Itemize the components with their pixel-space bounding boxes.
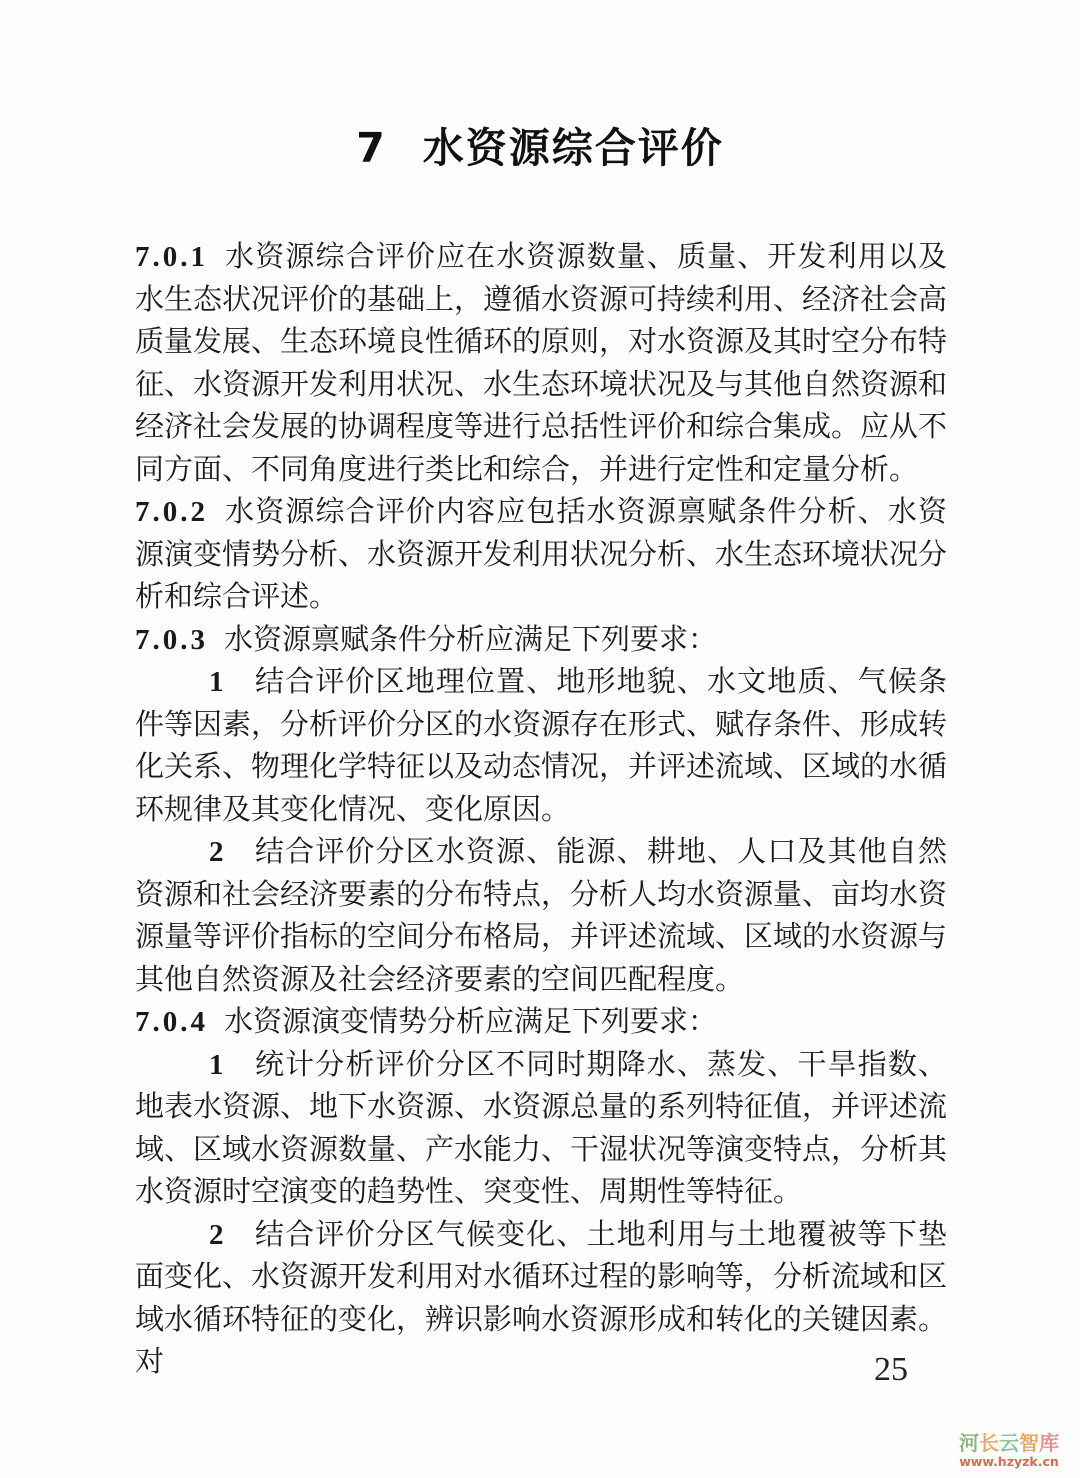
clause-paragraph: 7.0.3水资源禀赋条件分析应满足下列要求：	[135, 619, 947, 662]
list-item: 1结合评价区地理位置、地形地貌、水文地质、气候条件等因素，分析评价分区的水资源存…	[135, 661, 947, 831]
watermark-char: 云	[999, 1431, 1019, 1455]
watermark-char: 库	[1039, 1431, 1059, 1455]
clause-text: 结合评价区地理位置、地形地貌、水文地质、气候条件等因素，分析评价分区的水资源存在…	[135, 666, 947, 826]
document-body: 7.0.1水资源综合评价应在水资源数量、质量、开发利用以及水生态状况评价的基础上…	[135, 236, 947, 1384]
list-item: 2结合评价分区气候变化、土地利用与土地覆被等下垫面变化、水资源开发利用对水循环过…	[135, 1214, 947, 1384]
item-number: 2	[209, 836, 224, 868]
page-number: 25	[874, 1350, 908, 1390]
clause-paragraph: 7.0.2水资源综合评价内容应包括水资源禀赋条件分析、水资源演变情势分析、水资源…	[135, 491, 947, 619]
chapter-title: 7水资源综合评价	[0, 122, 1080, 174]
clause-paragraph: 7.0.1水资源综合评价应在水资源数量、质量、开发利用以及水生态状况评价的基础上…	[135, 236, 947, 491]
document-page: 7水资源综合评价 7.0.1水资源综合评价应在水资源数量、质量、开发利用以及水生…	[0, 0, 1080, 1478]
clause-number: 7.0.2	[135, 496, 208, 528]
clause-number: 7.0.1	[135, 241, 208, 273]
watermark-char: 河	[959, 1431, 979, 1455]
clause-paragraph: 7.0.4水资源演变情势分析应满足下列要求：	[135, 1001, 947, 1044]
item-number: 2	[209, 1219, 224, 1251]
clause-text: 水资源综合评价应在水资源数量、质量、开发利用以及水生态状况评价的基础上，遵循水资…	[135, 241, 947, 486]
watermark-url: www.hzyzk.cn	[954, 1455, 1064, 1469]
clause-text: 水资源演变情势分析应满足下列要求：	[224, 1006, 717, 1038]
clause-number: 7.0.3	[135, 624, 208, 656]
watermark: 河长云智库 www.hzyzk.cn	[954, 1432, 1064, 1469]
watermark-char: 智	[1019, 1431, 1039, 1455]
clause-text: 水资源禀赋条件分析应满足下列要求：	[224, 624, 717, 656]
watermark-brand: 河长云智库	[954, 1432, 1064, 1454]
chapter-title-text: 水资源综合评价	[423, 124, 724, 172]
clause-number: 7.0.4	[135, 1006, 208, 1038]
clause-text: 结合评价分区水资源、能源、耕地、人口及其他自然资源和社会经济要素的分布特点，分析…	[135, 836, 947, 996]
chapter-number: 7	[356, 124, 387, 172]
item-number: 1	[209, 666, 224, 698]
item-number: 1	[209, 1049, 224, 1081]
list-item: 1统计分析评价分区不同时期降水、蒸发、干旱指数、地表水资源、地下水资源、水资源总…	[135, 1044, 947, 1214]
clause-text: 水资源综合评价内容应包括水资源禀赋条件分析、水资源演变情势分析、水资源开发利用状…	[135, 496, 947, 613]
clause-text: 统计分析评价分区不同时期降水、蒸发、干旱指数、地表水资源、地下水资源、水资源总量…	[135, 1049, 947, 1209]
watermark-char: 长	[979, 1431, 999, 1455]
clause-text: 结合评价分区气候变化、土地利用与土地覆被等下垫面变化、水资源开发利用对水循环过程…	[135, 1219, 947, 1379]
list-item: 2结合评价分区水资源、能源、耕地、人口及其他自然资源和社会经济要素的分布特点，分…	[135, 831, 947, 1001]
